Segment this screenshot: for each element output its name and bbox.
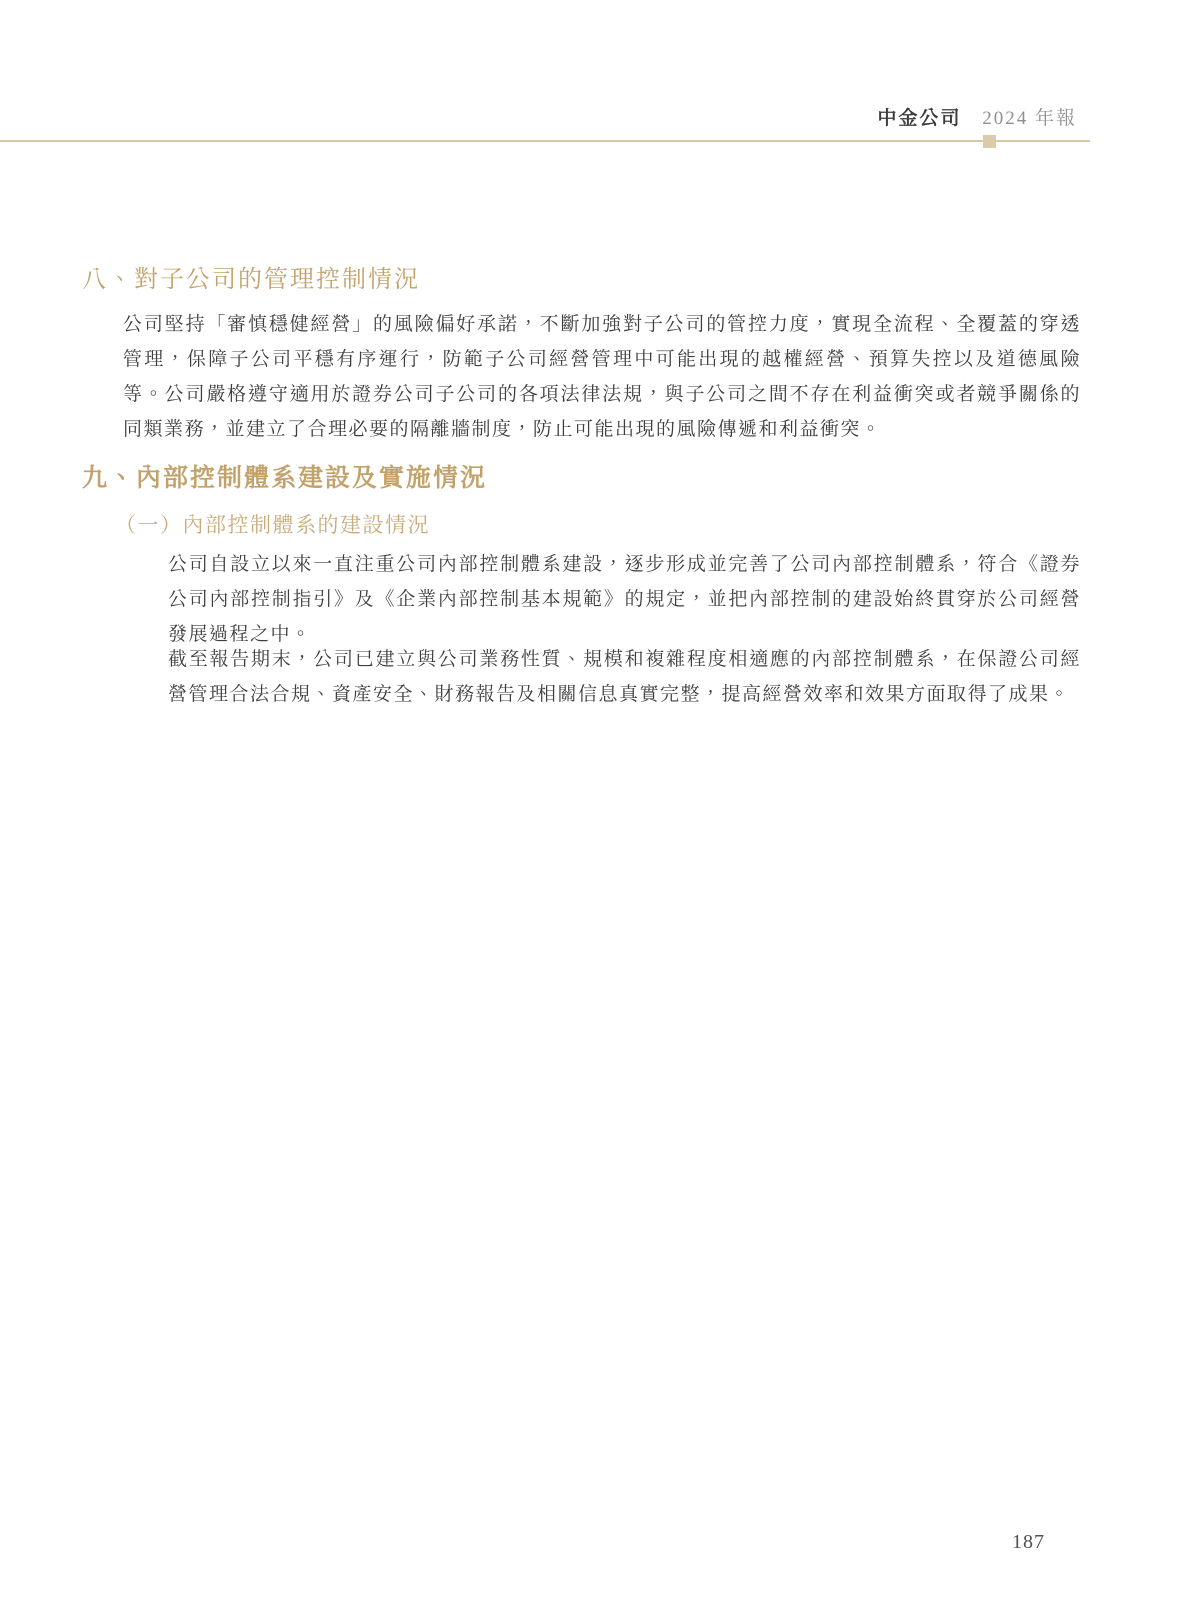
report-year: 2024 年報 — [982, 108, 1077, 129]
company-name: 中金公司 — [877, 108, 961, 129]
page-number: 187 — [1012, 1531, 1045, 1554]
paragraph-internal-control-construction-1: 公司自設立以來一直注重公司內部控制體系建設，逐步形成並完善了公司內部控制體系，符… — [168, 547, 1081, 652]
page-header: 中金公司 2024 年報 — [877, 103, 1077, 130]
report-page: 中金公司 2024 年報 八、對子公司的管理控制情況 公司堅持「審慎穩健經營」的… — [0, 0, 1190, 1615]
section-heading-internal-control-system: 九、內部控制體系建設及實施情況 — [82, 463, 487, 493]
section-heading-subsidiary-management-control: 八、對子公司的管理控制情況 — [82, 266, 420, 295]
header-rule-marker — [983, 135, 996, 148]
paragraph-subsidiary-management-control: 公司堅持「審慎穩健經營」的風險偏好承諾，不斷加強對子公司的管控力度，實現全流程、… — [123, 307, 1081, 447]
header-rule — [0, 140, 1090, 142]
subsection-heading-internal-control-construction: （一）內部控制體系的建設情況 — [115, 509, 430, 539]
paragraph-internal-control-construction-2: 截至報告期末，公司已建立與公司業務性質、規模和複雜程度相適應的內部控制體系，在保… — [168, 642, 1081, 712]
